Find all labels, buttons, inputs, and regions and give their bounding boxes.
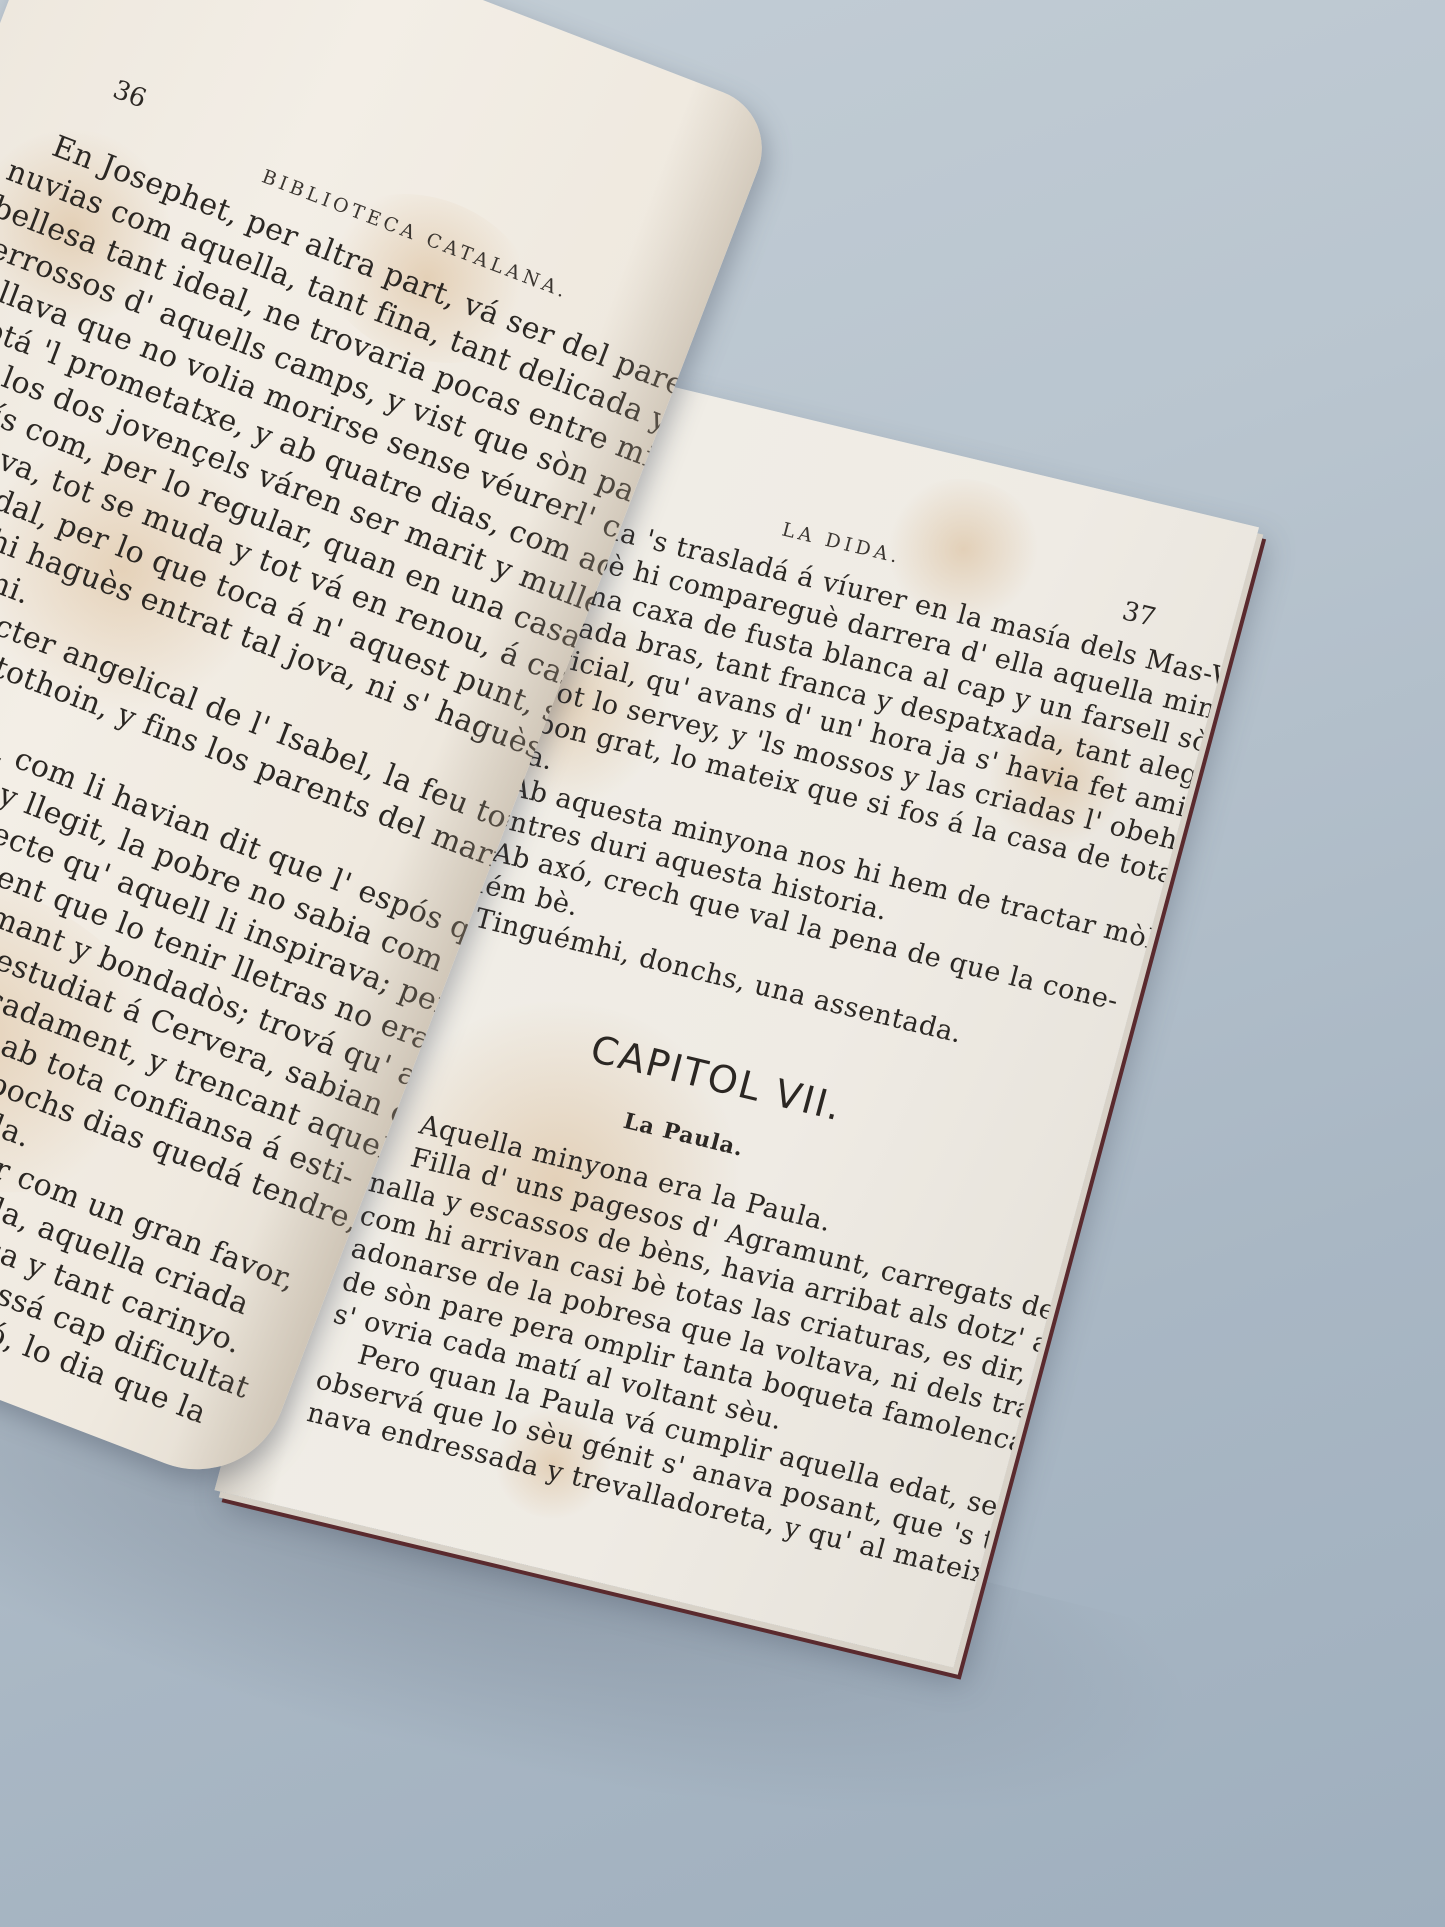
- page-number: 37: [1119, 596, 1159, 633]
- chapter-subtitle: La Paula.: [621, 1108, 747, 1162]
- body-text-bottom: Aquella minyona era la Paula. Filla d' u…: [303, 1101, 1163, 1615]
- photo-scene: LA DIDA. 37 órfana 's trasladá á víurer …: [0, 0, 1445, 1927]
- page-number: 36: [109, 75, 151, 115]
